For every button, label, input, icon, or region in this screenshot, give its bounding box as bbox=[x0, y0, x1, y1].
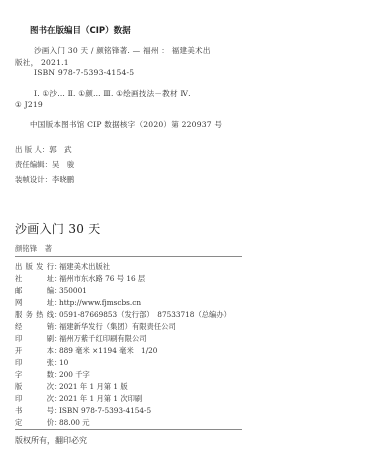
info-row-edition: 版次：2021 年 1 月第 1 版 bbox=[15, 382, 128, 392]
cip-entry-line-1: 沙画入门 30 天 / 颜铭锋著. — 福州 ： 福建美术出 bbox=[34, 45, 211, 56]
credit-label: 出 版 人 bbox=[15, 145, 42, 154]
info-row-printing: 印次：2021 年 1 月第 1 次印刷 bbox=[15, 394, 142, 404]
info-row-publisher: 出版发行：福建美术出版社 bbox=[15, 262, 110, 272]
divider-bottom bbox=[15, 429, 242, 430]
credit-label: 装帧设计 bbox=[15, 175, 45, 184]
credit-editor: 责任编辑：吴 骏 bbox=[15, 159, 74, 170]
cip-isbn-line: ISBN 978-7-5393-4154-5 bbox=[34, 68, 134, 77]
copyright-notice: 版权所有，翻印必究 bbox=[15, 435, 87, 446]
credit-value: 吴 骏 bbox=[52, 160, 74, 169]
book-author: 颜铭锋 著 bbox=[15, 243, 52, 254]
info-row-website: 网址：http://www.fjmscbs.cn bbox=[15, 298, 141, 308]
info-row-wordcount: 字数：200 千字 bbox=[15, 370, 90, 380]
cip-classification-line: Ⅰ. ①沙… Ⅱ. ①颜… Ⅲ. ①绘画技法－教材 Ⅳ. bbox=[34, 88, 191, 99]
info-row-isbn: 书号：ISBN 978-7-5393-4154-5 bbox=[15, 406, 151, 416]
info-row-distributor: 经销：福建新华发行（集团）有限责任公司 bbox=[15, 322, 176, 332]
divider-top bbox=[15, 256, 242, 257]
credit-value: 郭 武 bbox=[49, 145, 71, 154]
cip-classification-code: ① J219 bbox=[15, 100, 43, 109]
cip-record-number: 中国版本图书馆 CIP 数据核字（2020）第 220937 号 bbox=[30, 119, 222, 130]
info-row-hotline: 服务热线：0591-87669853（发行部） 87533718（总编办） bbox=[15, 310, 231, 320]
cip-heading: 图书在版编目（CIP）数据 bbox=[30, 24, 131, 36]
credit-value: 李晓鹏 bbox=[52, 175, 74, 184]
info-row-printer: 印刷：福州万紫千红印刷有限公司 bbox=[15, 334, 147, 344]
credit-designer: 装帧设计：李晓鹏 bbox=[15, 174, 74, 185]
info-row-price: 定价：88.00 元 bbox=[15, 418, 90, 428]
info-row-address: 社址：福州市东水路 76 号 16 层 bbox=[15, 274, 145, 284]
credit-label: 责任编辑 bbox=[15, 160, 45, 169]
info-row-format: 开本：889 毫米 ×1194 毫米 1/20 bbox=[15, 346, 157, 356]
info-row-sheets: 印张：10 bbox=[15, 358, 68, 368]
credit-publisher: 出 版 人：郭 武 bbox=[15, 144, 71, 155]
info-row-postcode: 邮编：350001 bbox=[15, 286, 87, 296]
book-title: 沙画入门 30 天 bbox=[15, 220, 101, 237]
cip-entry-line-2: 版社， 2021.1 bbox=[15, 57, 69, 68]
